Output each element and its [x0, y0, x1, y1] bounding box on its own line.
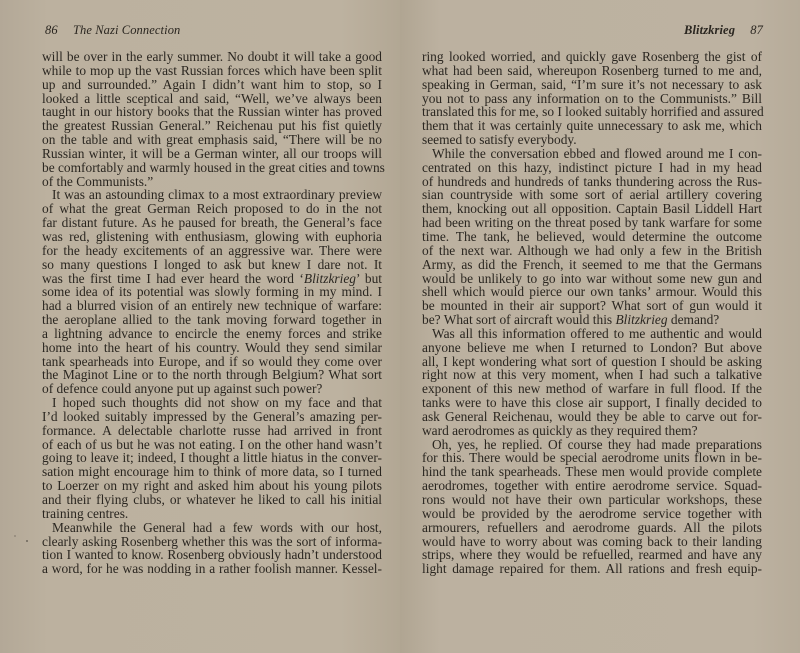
book-spread: 86 The Nazi Connection will be over in t…	[0, 0, 800, 653]
text-line: home into the heart of his country. Woul…	[42, 341, 382, 355]
running-title: Blitzkrieg	[684, 23, 735, 37]
text-line: for this. There would be special aerodro…	[422, 451, 762, 465]
right-page: Blitzkrieg 87 ring looked worried, and q…	[400, 0, 800, 653]
text-line: I’d looked suitably impressed by the Gen…	[42, 410, 382, 424]
text-line: centrated on this hazy, indistinct pictu…	[422, 161, 762, 175]
text-line: speaking in German, said, “I’m sure it’s…	[422, 78, 762, 92]
text-line: a word, for he was nodding in a rather f…	[42, 562, 382, 576]
text-line: the Maginot Line or to the north through…	[42, 368, 382, 382]
text-line: and their flying clubs, or whatever he l…	[42, 493, 382, 507]
text-line: you not to pass any information on to th…	[422, 92, 762, 106]
text-line: clearly asking Rosenberg whether this wa…	[42, 535, 382, 549]
text-line: I hoped such thoughts did not show on my…	[42, 396, 382, 410]
text-line: aerodromes, together with entire aerodro…	[422, 479, 762, 493]
text-line: had been writing on the threat posed by …	[422, 216, 762, 230]
text-line: while to mop up the vast Russian forces …	[42, 64, 382, 78]
text-line: right now at this very moment, when I ha…	[422, 368, 762, 382]
right-running-head: Blitzkrieg 87	[684, 23, 763, 38]
text-line: what had been said, whereupon Rosenberg …	[422, 64, 762, 78]
text-line: be comfortably and warmly housed in the …	[42, 161, 382, 175]
text-line: some idea of its potential was slowly fo…	[42, 285, 382, 299]
text-line: of what the great German Reich proposed …	[42, 202, 382, 216]
text-line: will be over in the early summer. No dou…	[42, 50, 382, 64]
text-line: ring looked worried, and quickly gave Ro…	[422, 50, 762, 64]
text-line: was the first time I had ever heard the …	[42, 272, 382, 286]
text-line: going to leave it; indeed, I thought a l…	[42, 451, 382, 465]
left-running-head: 86 The Nazi Connection	[45, 23, 180, 38]
text-line: training centres.	[42, 507, 382, 521]
text-line: It was an astounding climax to a most ex…	[42, 188, 382, 202]
text-line: on the table and with great emphasis sai…	[42, 133, 382, 147]
text-line: for the heady excitements of an aggressi…	[42, 244, 382, 258]
text-line: would be provided by the aerodrome servi…	[422, 507, 762, 521]
text-line: strips, where they would be refuelled, r…	[422, 548, 762, 562]
text-line: time. The tank, he believed, would deter…	[422, 230, 762, 244]
text-line: was red, glistening with enthusiasm, glo…	[42, 230, 382, 244]
text-line: ask General Reichenau, would they be abl…	[422, 410, 762, 424]
text-line: sation might encourage him to think of m…	[42, 465, 382, 479]
text-line: ward aerodromes as quickly as they requi…	[422, 424, 762, 438]
text-line: had a blurred vision of an entirely new …	[42, 299, 382, 313]
text-line: light damage repaired for them. All rati…	[422, 562, 762, 576]
text-line: Oh, yes, he replied. Of course they had …	[422, 438, 762, 452]
text-line: Russian winter, it will be a German wint…	[42, 147, 382, 161]
right-page-body: ring looked worried, and quickly gave Ro…	[422, 50, 762, 576]
text-line: anyone believe me when I returned to Lon…	[422, 341, 762, 355]
left-page: 86 The Nazi Connection will be over in t…	[0, 0, 400, 653]
text-line: so many questions I longed to ask but kn…	[42, 258, 382, 272]
text-line: While the conversation ebbed and flowed …	[422, 147, 762, 161]
text-line: translated this for me, so I looked suit…	[422, 105, 762, 119]
text-line: seemed to satisfy everybody.	[422, 133, 762, 147]
text-line: tank spearheads into Europe, and if so w…	[42, 355, 382, 369]
text-line: them that it was certainly quite unneces…	[422, 119, 762, 133]
text-line: up and surrounded.” Again I didn’t want …	[42, 78, 382, 92]
text-line: formance. A delectable charlotte russe h…	[42, 424, 382, 438]
text-line: all, I kept wondering what sort of quest…	[422, 355, 762, 369]
text-line: of the next war. Although we had only a …	[422, 244, 762, 258]
text-line: tanks were to have this close air suppor…	[422, 396, 762, 410]
text-line: the aeroplane allied to the tank moving …	[42, 313, 382, 327]
text-line: hind the tank spearheads. These men woul…	[422, 465, 762, 479]
text-line: exponent of this new method of warfare i…	[422, 382, 762, 396]
text-line: Was all this information offered to me a…	[422, 327, 762, 341]
running-title: The Nazi Connection	[73, 23, 180, 37]
paper-speck	[26, 540, 28, 542]
page-number: 87	[750, 23, 763, 37]
text-line: Meanwhile the General had a few words wi…	[42, 521, 382, 535]
text-line: would be unlikely to go into war without…	[422, 272, 762, 286]
text-line: sian countryside with some sort of aeria…	[422, 188, 762, 202]
text-line: shell which would pierce our own tanks’ …	[422, 285, 762, 299]
text-line: of hundreds and hundreds of tanks thunde…	[422, 175, 762, 189]
text-line: taught in our history books that the Rus…	[42, 105, 382, 119]
text-line: of the Communists.”	[42, 175, 382, 189]
text-line: far distant future. As he paused for bre…	[42, 216, 382, 230]
text-line: would have to worry about was coming bac…	[422, 535, 762, 549]
text-line: be? What sort of aircraft would this Bli…	[422, 313, 762, 327]
text-line: of each of us but he was not eating. I o…	[42, 438, 382, 452]
text-line: the greatest Russian General.” Reichenau…	[42, 119, 382, 133]
text-line: Army, as did the French, it seemed to me…	[422, 258, 762, 272]
text-line: armourers, refuellers and aerodrome guar…	[422, 521, 762, 535]
text-line: them, knocking out all opposition. Capta…	[422, 202, 762, 216]
text-line: to Loerzer on my right and asked him abo…	[42, 479, 382, 493]
text-line: a lightning advance to encircle the enem…	[42, 327, 382, 341]
paper-speck	[14, 535, 16, 537]
left-page-body: will be over in the early summer. No dou…	[42, 50, 382, 576]
page-number: 86	[45, 23, 58, 37]
text-line: tion I wanted to know. Rosenberg obvious…	[42, 548, 382, 562]
text-line: looked a little sceptical and said, “Wel…	[42, 92, 382, 106]
text-line: be mounted in their air support? What so…	[422, 299, 762, 313]
text-line: of defence could anyone put up against s…	[42, 382, 382, 396]
text-line: rons would not have their own particular…	[422, 493, 762, 507]
